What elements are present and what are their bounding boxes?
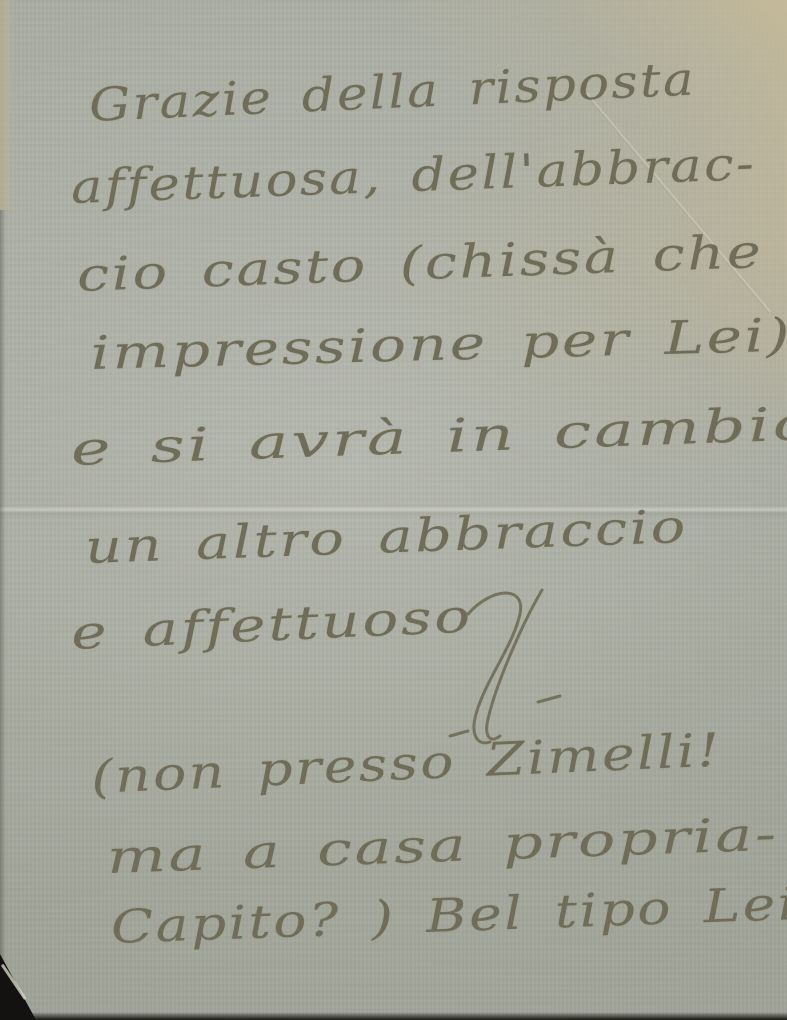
- letter-line-3: cio casto (chissà che: [76, 224, 764, 302]
- letter-line-5: e si avrà in cambio: [70, 396, 787, 476]
- paper-top-left-edge: [0, 0, 14, 210]
- bottom-left-corner-shadow: [0, 954, 36, 1020]
- letter-line-4: impressione per Lei): [90, 308, 787, 380]
- letter-line-8: (non presso Zimelli!: [90, 722, 723, 803]
- letter-line-6: un altro abbraccio: [84, 499, 689, 574]
- letter-page: Grazie della risposta affettuosa, dell'a…: [0, 0, 787, 1020]
- letter-line-7: e affettuoso: [70, 588, 474, 659]
- letter-line-1: Grazie della risposta: [88, 52, 697, 132]
- letter-line-10: Capito? ) Bel tipo Lei!: [110, 875, 787, 954]
- paper-left-edge: [0, 0, 6, 1020]
- paper-bottom-edge: [0, 1012, 787, 1020]
- bottom-left-corner-highlight: [1, 964, 27, 1000]
- letter-line-9: ma a casa propria-: [106, 807, 780, 884]
- letter-line-2: affettuosa, dell'abbrac-: [70, 136, 757, 214]
